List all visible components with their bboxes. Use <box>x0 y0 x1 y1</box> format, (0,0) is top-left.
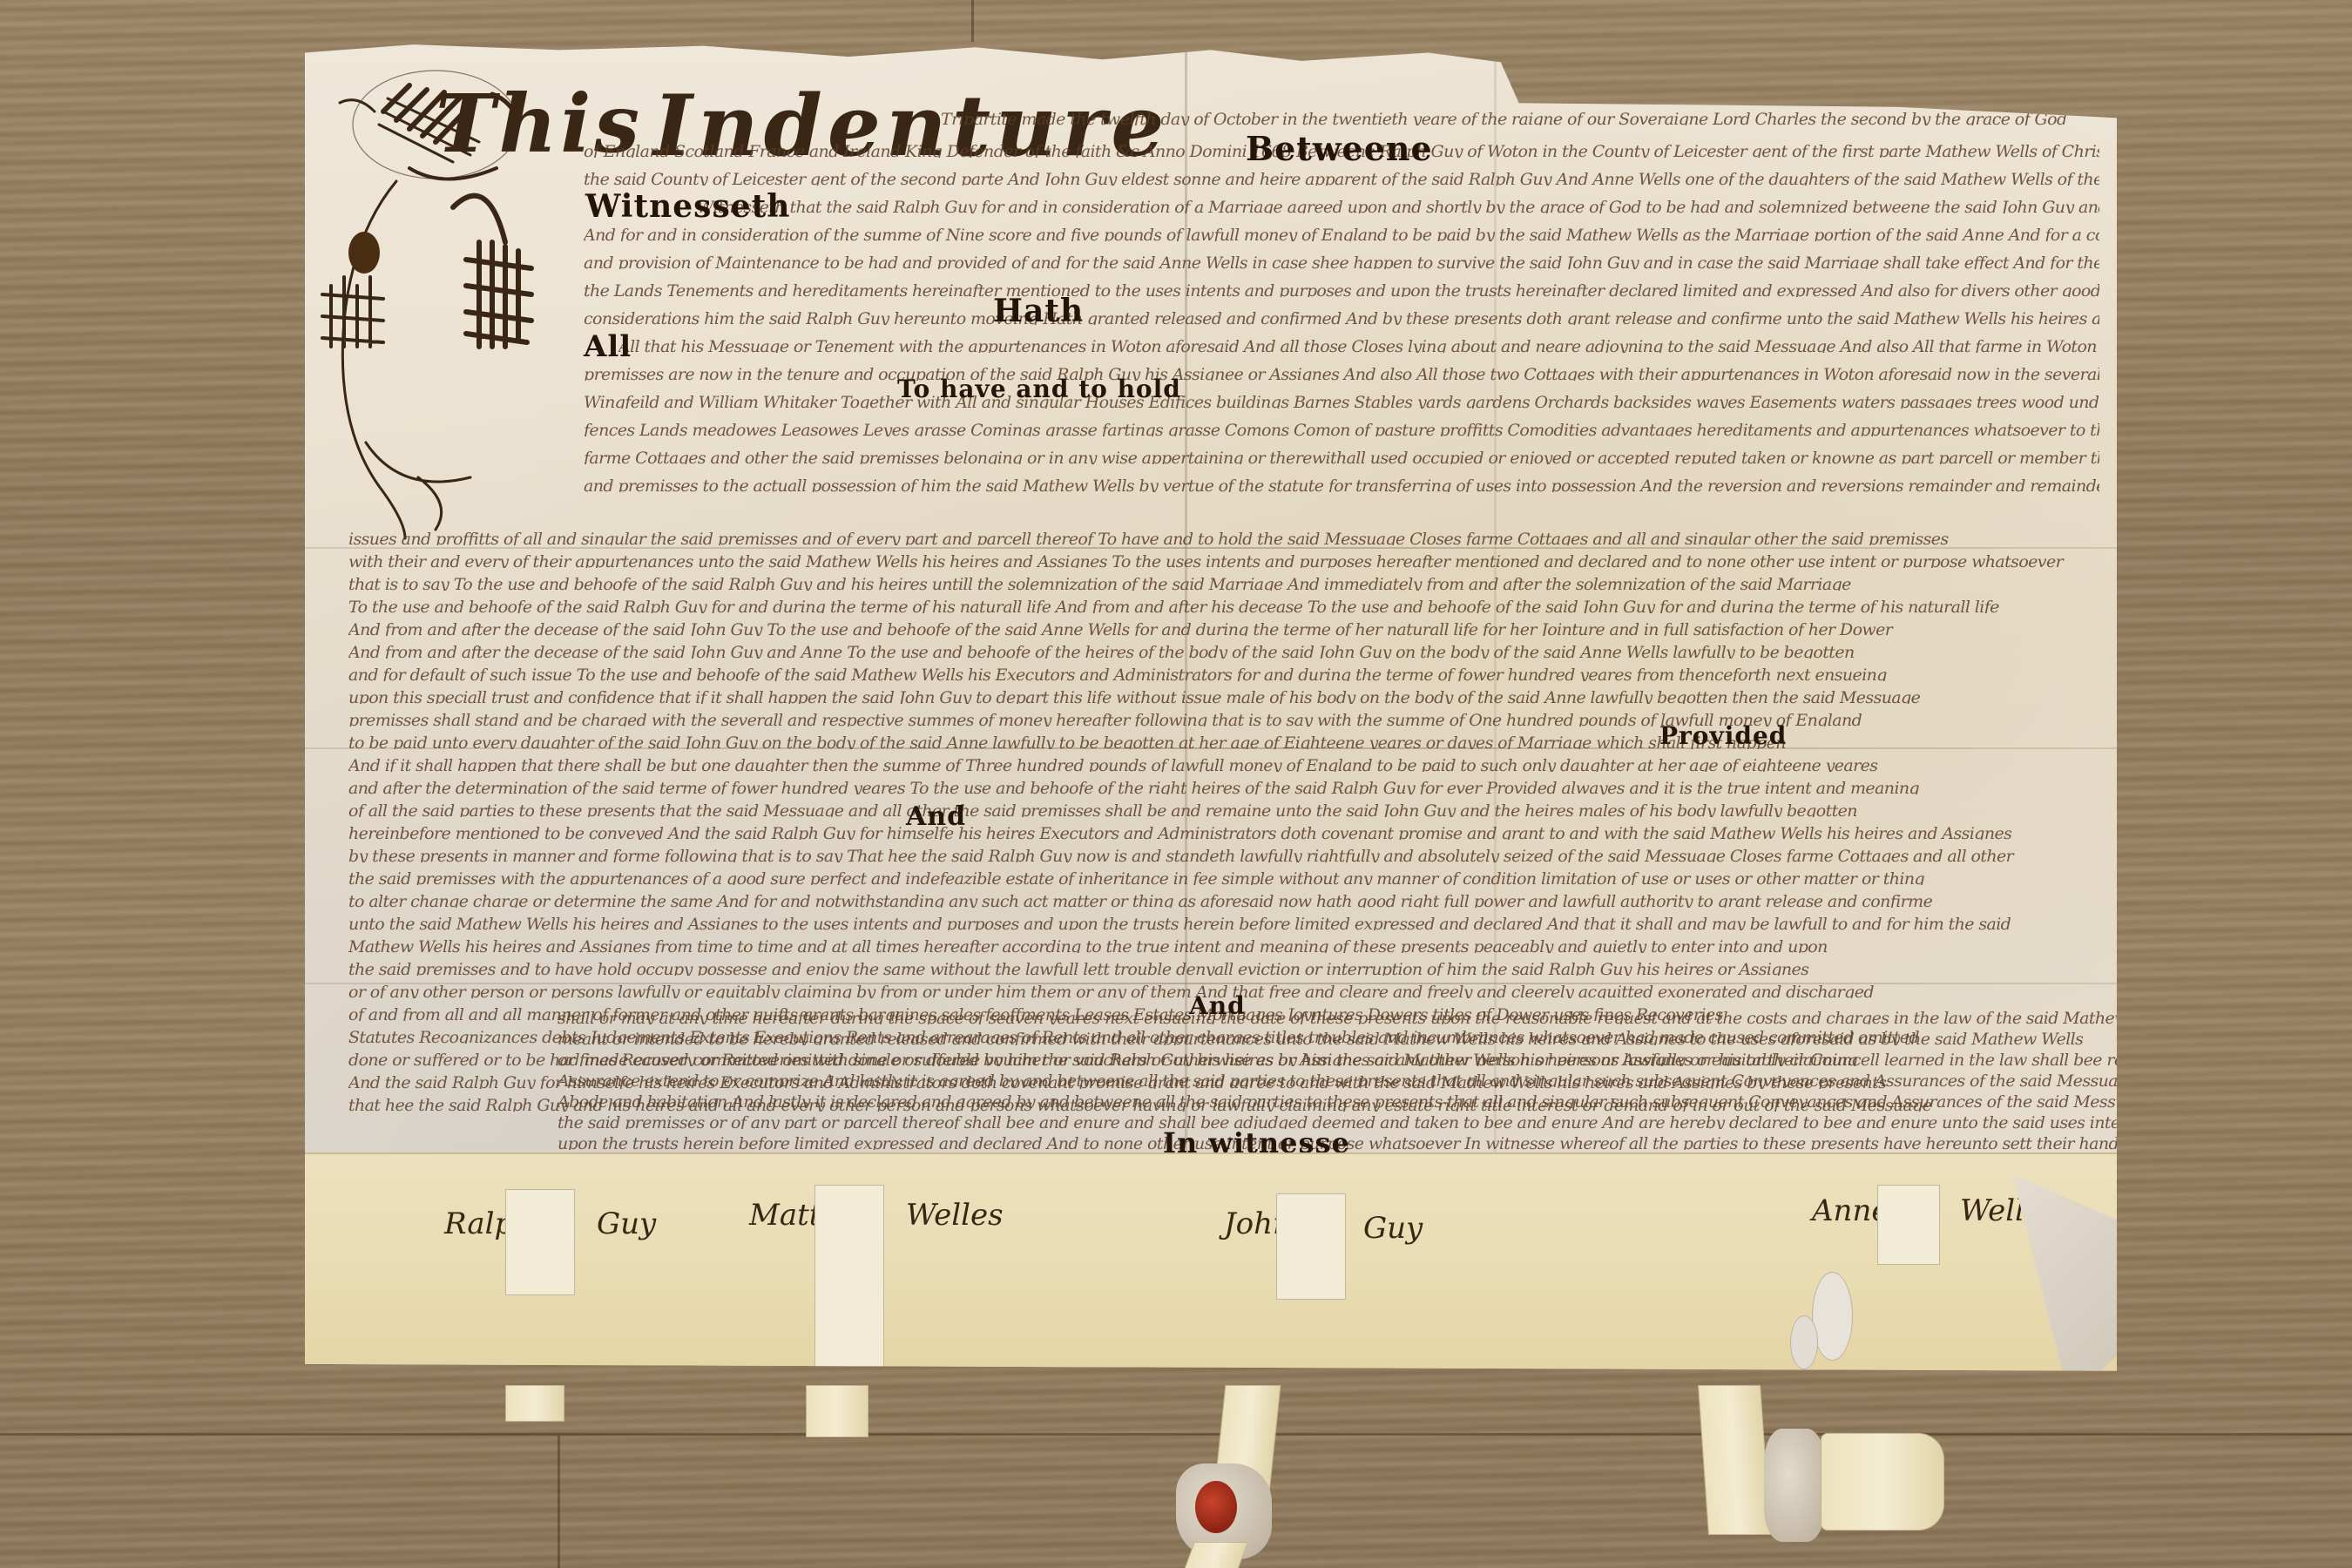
floor-plank-seam <box>971 0 974 42</box>
text-line: and for default of such issue To the use… <box>348 666 2099 681</box>
text-line: farme Cottages and other the said premis… <box>584 449 2099 464</box>
heading-and: And <box>906 801 966 832</box>
heading-to-have-and-to-hold: To have and to hold <box>897 375 1181 403</box>
text-line: And for and in consideration of the summ… <box>584 226 2099 241</box>
signature-matt-first: Matt <box>749 1198 821 1233</box>
floor-plank-seam <box>0 1433 2352 1436</box>
heading-witnesseth: Witnesseth <box>585 188 790 225</box>
signature-strip: Ralph Guy Matt Welles John Guy Anne Well… <box>305 1152 2117 1402</box>
seal-tag-end <box>1821 1433 1944 1531</box>
text-line: Wingfeild and William Whitaker Together … <box>584 393 2099 409</box>
seal-tab-slot <box>814 1185 884 1387</box>
text-line: to be paid unto every daughter of the sa… <box>348 733 2099 749</box>
text-line: Assurance extend to or comprize And last… <box>558 1071 2117 1087</box>
text-line: or fines Recovery or Recoveries with sin… <box>558 1051 2117 1066</box>
text-line: Witnesseth that the said Ralph Guy for a… <box>697 198 2099 213</box>
signature-matt-last: Welles <box>906 1198 1004 1233</box>
heading-all: All <box>584 329 632 364</box>
text-line: by these presents in manner and forme fo… <box>348 847 2099 862</box>
text-line: unto the said Mathew Wells his heires an… <box>348 915 2099 930</box>
text-line: of all the said parties to these present… <box>348 801 2099 817</box>
text-line: meant or intended to be hereby granted r… <box>558 1030 2117 1045</box>
text-line: premisses shall stand and be charged wit… <box>348 711 2099 727</box>
signature-john-last: Guy <box>1363 1211 1423 1246</box>
paper-seal-discs <box>1786 1263 1864 1394</box>
seal-tab-slot <box>1276 1193 1346 1300</box>
text-line: the said County of Leicester gent of the… <box>584 170 2099 186</box>
seal-tab-slot <box>1877 1185 1940 1265</box>
text-line: and premisses to the actuall possession … <box>584 476 2099 492</box>
seal-tag <box>1698 1385 1771 1535</box>
indenture-upper-text: of England Scotland France and Ireland K… <box>584 142 2099 517</box>
seal-tag <box>505 1385 564 1422</box>
seal-wrapper <box>1764 1429 1825 1542</box>
heading-provided: Provided <box>1659 721 1787 750</box>
text-line: shall or may at any time hereafter durin… <box>558 1009 2117 1024</box>
text-line: All that his Messuage or Tenement with t… <box>618 337 2099 353</box>
text-line: the said premisses and to have hold occu… <box>348 960 2099 976</box>
heading-hath: Hath <box>993 293 1084 329</box>
text-line: that is to say To the use and behoofe of… <box>348 575 2099 591</box>
text-line: premisses are now in the tenure and occu… <box>584 365 2099 381</box>
text-line: And from and after the decease of the sa… <box>348 620 2099 636</box>
text-line: And from and after the decease of the sa… <box>348 643 2099 659</box>
text-line: issues and proffitts of all and singular… <box>348 530 2099 545</box>
text-line: To the use and behoofe of the said Ralph… <box>348 598 2099 613</box>
seal-tag <box>806 1385 868 1437</box>
heading-and: And <box>1189 991 1246 1020</box>
red-wax-seal <box>1195 1481 1237 1533</box>
heading-betweene: Betweene <box>1246 129 1433 168</box>
text-line: And if it shall happen that there shall … <box>348 756 2099 772</box>
seal-ribbon <box>1184 1542 1248 1568</box>
opening-line: Tripartite made the twelfth day of Octob… <box>941 110 2108 125</box>
text-line: considerations him the said Ralph Guy he… <box>584 309 2099 325</box>
text-line: the Lands Tenements and hereditaments he… <box>584 281 2099 297</box>
text-line: and after the determination of the said … <box>348 779 2099 794</box>
text-line: Mathew Wells his heires and Assignes fro… <box>348 937 2099 953</box>
text-line: the said premisses with the appurtenance… <box>348 869 2099 885</box>
text-line: fences Lands meadowes Leasowes Leyes gra… <box>584 421 2099 436</box>
text-line: with their and every of their appurtenan… <box>348 552 2099 568</box>
text-line: and provision of Maintenance to be had a… <box>584 253 2099 269</box>
text-line: to alter change charge or determine the … <box>348 892 2099 908</box>
text-line: upon this speciall trust and confidence … <box>348 688 2099 704</box>
seal-tab-slot <box>505 1189 575 1295</box>
text-line: Abode and habitation And lastly it is de… <box>558 1092 2117 1108</box>
floor-plank-seam <box>558 1436 560 1568</box>
signature-ralph-last: Guy <box>597 1206 656 1241</box>
text-line: hereinbefore mentioned to be conveyed An… <box>348 824 2099 840</box>
indenture-parchment: This Indenture Tripartite made the twelf… <box>305 42 2117 1401</box>
